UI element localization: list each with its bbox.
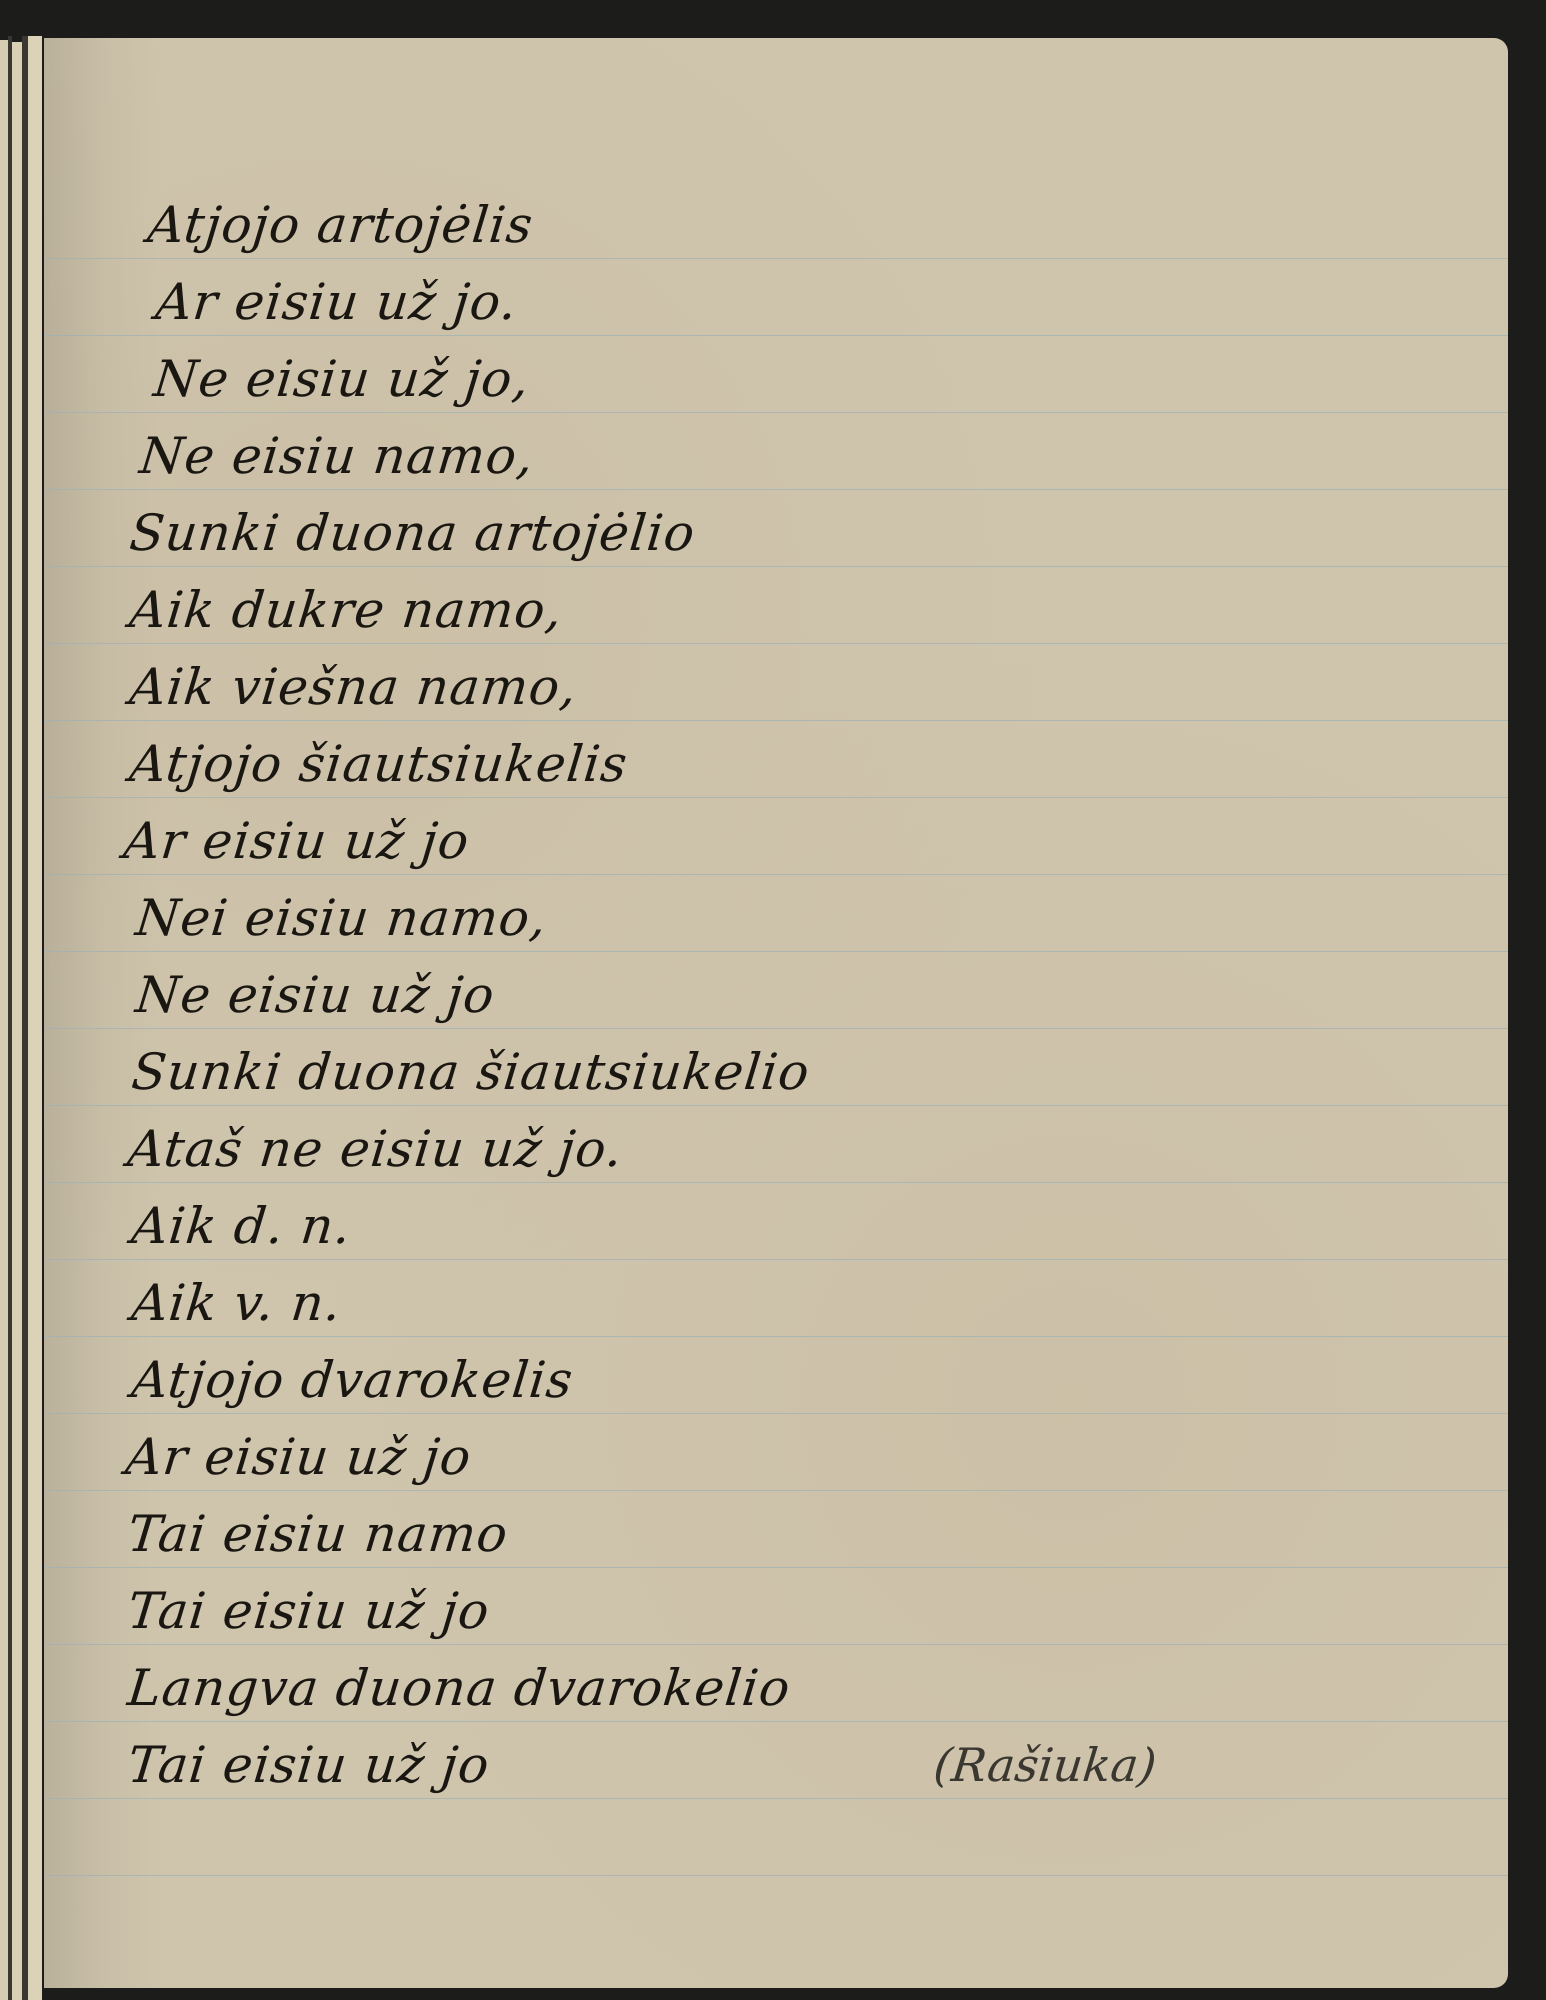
handwritten-line: Tai eisiu už jo bbox=[125, 1736, 493, 1794]
ruled-line bbox=[44, 566, 1508, 567]
ruled-line bbox=[44, 643, 1508, 644]
handwritten-line: Aik viešna namo, bbox=[127, 658, 580, 716]
ruled-line bbox=[44, 1490, 1508, 1491]
signature: (Rašiuka) bbox=[931, 1738, 1159, 1792]
handwritten-line: Ar eisiu už jo bbox=[123, 1428, 474, 1486]
page-stack-edge bbox=[12, 42, 22, 2000]
handwritten-line: Tai eisiu už jo bbox=[125, 1582, 493, 1640]
handwritten-line: Atjojo šiautsiukelis bbox=[127, 735, 631, 793]
handwritten-line: Sunki duona šiautsiukelio bbox=[129, 1043, 813, 1101]
page-stack-edge bbox=[0, 40, 8, 2000]
handwritten-line: Nei eisiu namo, bbox=[133, 889, 550, 947]
ruled-line bbox=[44, 489, 1508, 490]
ruled-line bbox=[44, 335, 1508, 336]
ruled-line bbox=[44, 1105, 1508, 1106]
ruled-line bbox=[44, 1336, 1508, 1337]
notebook-page: Atjojo artojėlis Ar eisiu už jo. Ne eisi… bbox=[44, 38, 1508, 1988]
ruled-line bbox=[44, 1875, 1508, 1876]
ruled-line bbox=[44, 720, 1508, 721]
ruled-line bbox=[44, 1182, 1508, 1183]
ruled-line bbox=[44, 797, 1508, 798]
handwritten-line: Ne eisiu už jo bbox=[133, 966, 498, 1024]
handwritten-line: Sunki duona artojėlio bbox=[127, 504, 698, 562]
handwritten-line: Tai eisiu namo bbox=[125, 1505, 511, 1563]
ruled-line bbox=[44, 951, 1508, 952]
ruled-line bbox=[44, 1798, 1508, 1799]
ruled-line bbox=[44, 1644, 1508, 1645]
handwritten-line: Ataš ne eisiu už jo. bbox=[125, 1120, 626, 1178]
ruled-line bbox=[44, 1567, 1508, 1568]
ruled-line bbox=[44, 258, 1508, 259]
handwritten-line: Ar eisiu už jo. bbox=[153, 273, 520, 331]
handwritten-line: Langva duona dvarokelio bbox=[125, 1659, 794, 1717]
ruled-line bbox=[44, 1028, 1508, 1029]
handwritten-line: Ne eisiu už jo, bbox=[151, 350, 533, 408]
page-stack-edge bbox=[28, 36, 42, 2000]
handwritten-line: Atjojo artojėlis bbox=[145, 196, 536, 254]
handwritten-line: Ne eisiu namo, bbox=[137, 427, 537, 485]
ruled-line bbox=[44, 1413, 1508, 1414]
handwritten-line: Aik v. n. bbox=[129, 1274, 345, 1332]
handwritten-line: Ar eisiu už jo bbox=[121, 812, 472, 870]
ruled-line bbox=[44, 412, 1508, 413]
ruled-line bbox=[44, 1259, 1508, 1260]
ruled-line bbox=[44, 1721, 1508, 1722]
ruled-line bbox=[44, 874, 1508, 875]
handwritten-line: Aik dukre namo, bbox=[127, 581, 566, 639]
handwritten-line: Aik d. n. bbox=[129, 1197, 354, 1255]
handwritten-line: Atjojo dvarokelis bbox=[129, 1351, 576, 1409]
